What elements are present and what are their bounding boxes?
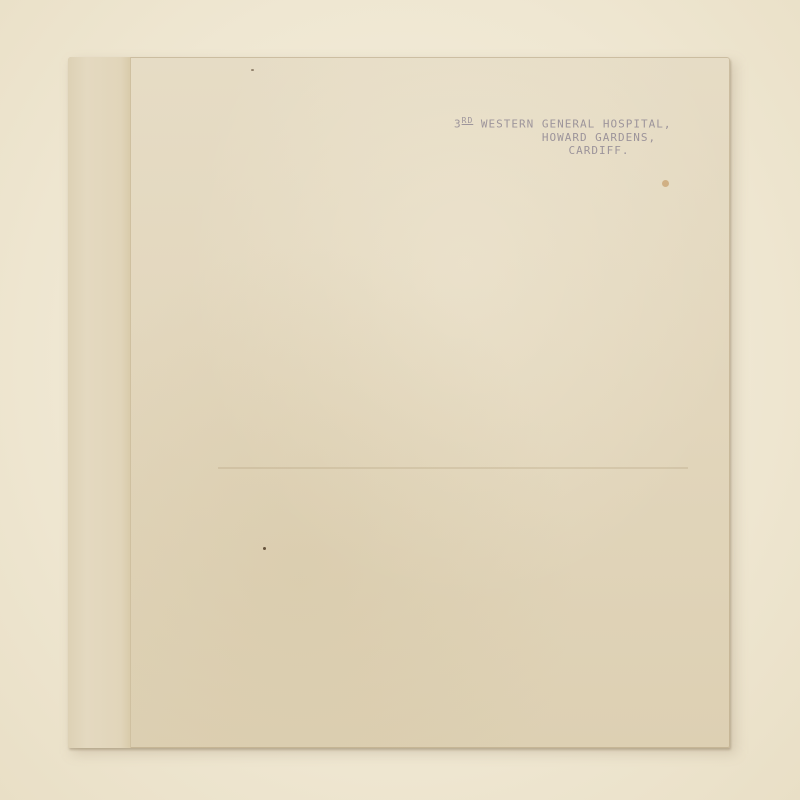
cover-spine-strip — [68, 57, 131, 748]
notebook-cover: 3RD WESTERN GENERAL HOSPITAL, HOWARD GAR… — [68, 57, 730, 748]
stamp-ordinal-suffix: RD — [462, 116, 474, 125]
faint-show-through-text-line — [218, 467, 688, 469]
stamp-line-1: 3RD WESTERN GENERAL HOSPITAL, — [454, 114, 730, 131]
stamp-hospital-name: WESTERN GENERAL HOSPITAL, — [473, 118, 671, 131]
ink-speck — [251, 69, 254, 71]
ink-speck — [263, 547, 266, 550]
stamp-line-2: HOWARD GARDENS, — [454, 131, 730, 144]
hospital-stamp: 3RD WESTERN GENERAL HOSPITAL, HOWARD GAR… — [454, 114, 730, 157]
stamp-line-3: CARDIFF. — [454, 144, 730, 157]
stain-spot — [662, 180, 669, 187]
stamp-ordinal-number: 3 — [454, 118, 462, 131]
